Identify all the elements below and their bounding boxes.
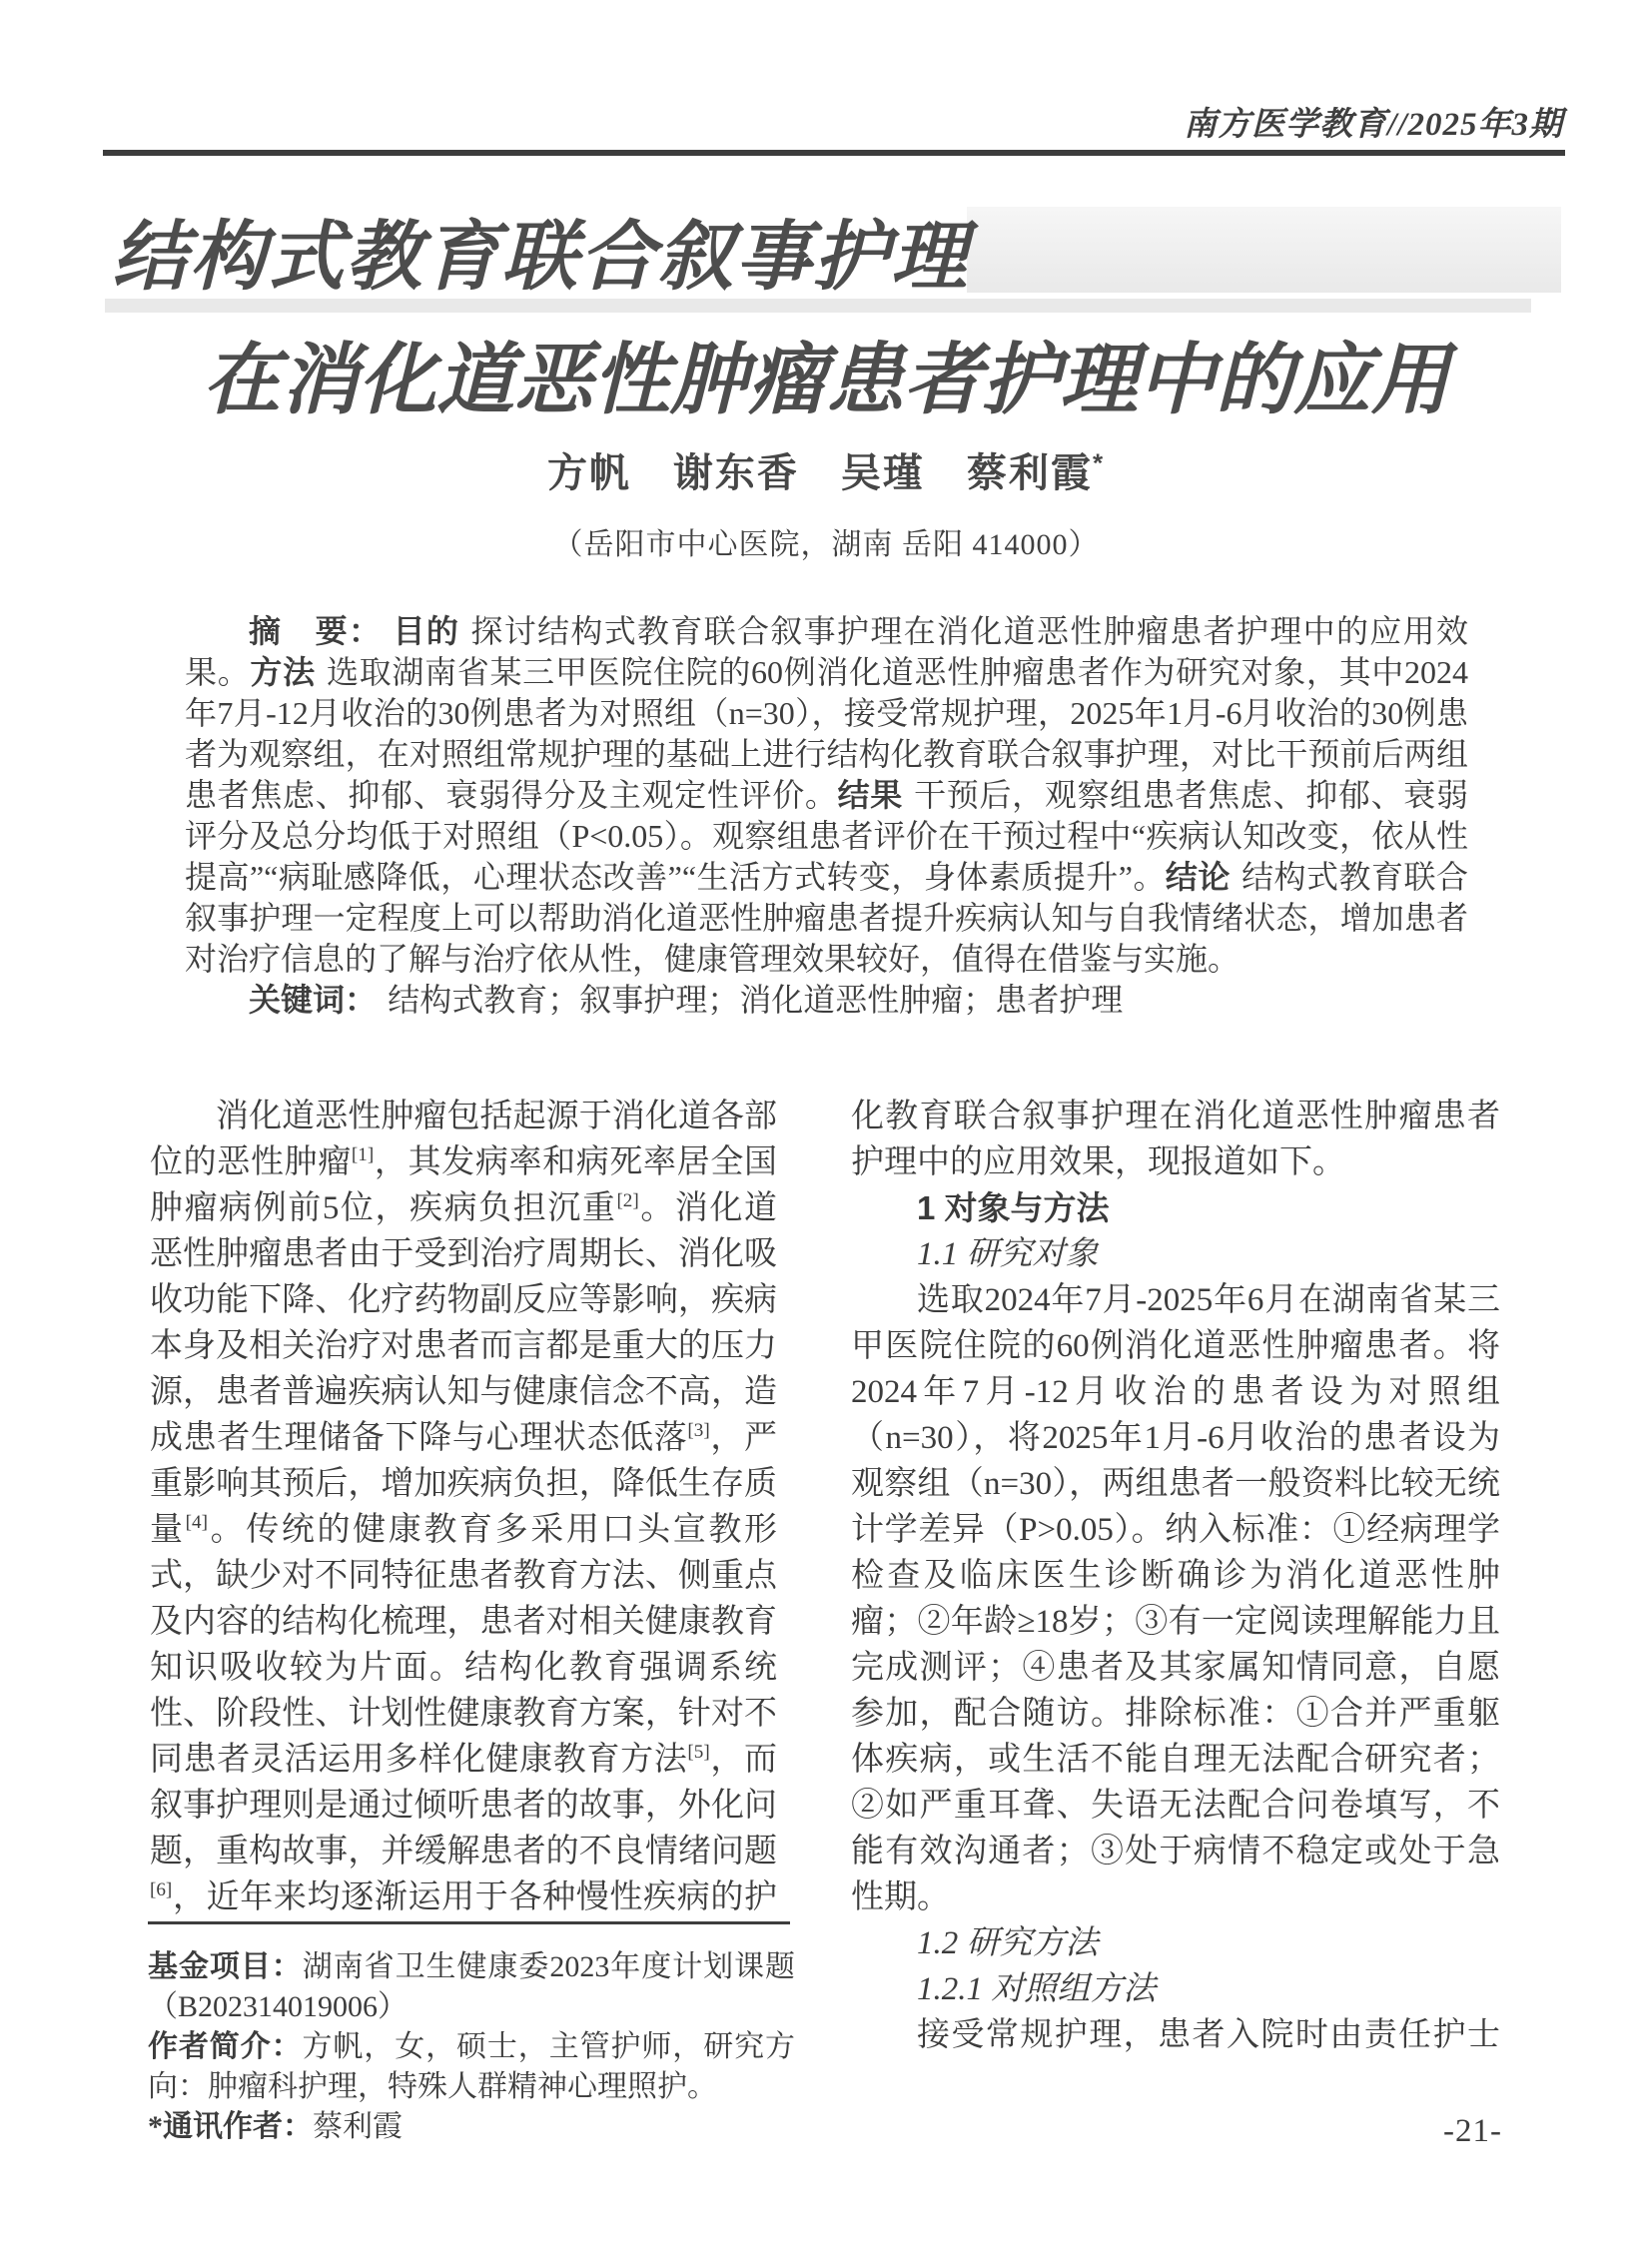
journal-issue-header: 南方医学教育//2025年3期 bbox=[1184, 98, 1563, 145]
citation-ref-6: [6] bbox=[150, 1879, 172, 1900]
section-heading-1-2: 1.2 研究方法 bbox=[851, 1920, 1500, 1966]
section-heading-1-2-1: 1.2.1 对照组方法 bbox=[851, 1966, 1500, 2012]
citation-ref-1: [1] bbox=[352, 1144, 374, 1165]
journal-page: 南方医学教育//2025年3期 结构式教育联合叙事护理 在消化道恶性肿瘤患者护理… bbox=[0, 0, 1652, 2242]
body-column-left: 消化道恶性肿瘤包括起源于消化道各部位的恶性肿瘤[1]，其发病率和病死率居全国肿瘤… bbox=[150, 1094, 777, 1924]
corresponding-author-name: 蔡利霞 bbox=[313, 2110, 403, 2143]
title-shade-box bbox=[967, 207, 1561, 293]
author-names: 方帆 谢东香 吴瑾 蔡利霞 bbox=[547, 451, 1093, 495]
header-rule bbox=[103, 150, 1565, 156]
affiliation: （岳阳市中心医院，湖南 岳阳 414000） bbox=[0, 519, 1652, 563]
keywords-label: 关键词： bbox=[249, 982, 377, 1018]
body-column-right: 化教育联合叙事护理在消化道恶性肿瘤患者护理中的应用效果，现报道如下。 1 对象与… bbox=[851, 1094, 1500, 2062]
footnote-block: 基金项目：湖南省卫生健康委2023年度计划课题（B202314019006） 作… bbox=[148, 1947, 795, 2147]
section-heading-1: 1 对象与方法 bbox=[851, 1185, 1500, 1231]
citation-ref-4: [4] bbox=[186, 1512, 208, 1533]
fund-project-label: 基金项目： bbox=[148, 1950, 303, 1983]
conclusion-label: 结论 bbox=[1166, 859, 1231, 895]
footnote-rule bbox=[148, 1921, 790, 1924]
text-segment: ，近年来均逐渐运用于各种慢性疾病的护理管理中，取得较好成效。基于此，本研究主要探… bbox=[150, 1879, 777, 1924]
page-number: -21- bbox=[1443, 2113, 1502, 2150]
corresponding-author-note: *通讯作者：蔡利霞 bbox=[148, 2107, 795, 2147]
keywords-text: 结构式教育；叙事护理；消化道恶性肿瘤；患者护理 bbox=[388, 982, 1123, 1018]
abstract-paragraph: 摘 要：目的探讨结构式教育联合叙事护理在消化道恶性肿瘤患者护理中的应用效果。方法… bbox=[185, 611, 1468, 980]
citation-ref-3: [3] bbox=[687, 1420, 709, 1441]
author-bio-label: 作者简介： bbox=[148, 2030, 303, 2063]
article-title-line2: 在消化道恶性肿瘤患者护理中的应用 bbox=[203, 318, 1449, 429]
article-title-line1: 结构式教育联合叙事护理 bbox=[112, 196, 969, 305]
intro-paragraph: 消化道恶性肿瘤包括起源于消化道各部位的恶性肿瘤[1]，其发病率和病死率居全国肿瘤… bbox=[150, 1094, 777, 1924]
author-bio-note: 作者简介：方帆，女，硕士，主管护师，研究方向：肿瘤科护理，特殊人群精神心理照护。 bbox=[148, 2027, 795, 2107]
objective-label: 目的 bbox=[394, 613, 460, 649]
text-segment: 。传统的健康教育多采用口头宣教形式，缺少对不同特征患者教育方法、侧重点及内容的结… bbox=[150, 1512, 777, 1778]
author-line: 方帆 谢东香 吴瑾 蔡利霞* bbox=[0, 441, 1652, 498]
results-label: 结果 bbox=[838, 777, 903, 813]
intro-continuation: 化教育联合叙事护理在消化道恶性肿瘤患者护理中的应用效果，现报道如下。 bbox=[851, 1094, 1500, 1185]
fund-project-note: 基金项目：湖南省卫生健康委2023年度计划课题（B202314019006） bbox=[148, 1947, 795, 2027]
study-subjects-paragraph: 选取2024年7月-2025年6月在湖南省某三甲医院住院的60例消化道恶性肿瘤患… bbox=[851, 1277, 1500, 1920]
corresponding-author-label: *通讯作者： bbox=[148, 2110, 313, 2143]
corresponding-author-mark: * bbox=[1093, 448, 1105, 478]
abstract-label: 摘 要： bbox=[249, 613, 382, 649]
citation-ref-5: [5] bbox=[687, 1742, 709, 1763]
abstract-block: 摘 要：目的探讨结构式教育联合叙事护理在消化道恶性肿瘤患者护理中的应用效果。方法… bbox=[185, 611, 1468, 1021]
methods-label: 方法 bbox=[250, 654, 315, 690]
section-heading-1-1: 1.1 研究对象 bbox=[851, 1231, 1500, 1277]
control-group-paragraph: 接受常规护理，患者入院时由责任护士指导患者关注医院及科室微信公众号，并加入科室患… bbox=[851, 2012, 1500, 2062]
text-segment: 。消化道恶性肿瘤患者由于受到治疗周期长、消化吸收功能下降、化疗药物副反应等影响，… bbox=[150, 1190, 777, 1456]
keywords-line: 关键词：结构式教育；叙事护理；消化道恶性肿瘤；患者护理 bbox=[185, 980, 1468, 1021]
citation-ref-2: [2] bbox=[616, 1190, 638, 1211]
